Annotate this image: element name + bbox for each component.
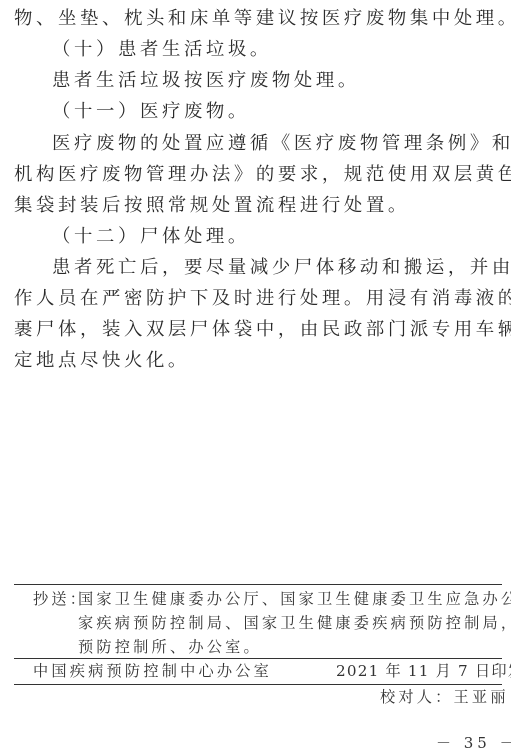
body-text-line: 裹尸体，装入双层尸体袋中，由民政部门派专用车辆直接送至指 [14,319,500,341]
body-text-line: 作人员在严密防护下及时进行处理。用浸有消毒液的双层布单包 [14,288,500,310]
body-text-line: 患者生活垃圾按医疗废物处理。 [52,70,511,92]
footer-middle-rule [14,658,502,659]
proofreader: 校对人：王亚丽 [380,688,509,706]
body-text-line: 患者死亡后，要尽量减少尸体移动和搬运，并由经培训的工 [52,257,511,279]
cc-recipients-line: 国家卫生健康委办公厅、国家卫生健康委卫生应急办公室、国 [78,590,511,608]
section-heading-medical-waste: （十一）医疗废物。 [52,101,511,123]
body-text-line: 机构医疗废物管理办法》的要求，规范使用双层黄色医疗废物收 [14,164,500,186]
section-heading-patient-waste: （十）患者生活垃圾。 [52,39,511,61]
body-text-line: 医疗废物的处置应遵循《医疗废物管理条例》和《医疗卫生 [52,133,511,155]
cc-recipients-line: 预防控制所、办公室。 [78,638,262,656]
body-text-line: 物、坐垫、枕头和床单等建议按医疗废物集中处理。 [14,8,500,30]
footer-bottom-rule [14,684,502,685]
body-text-line: 定地点尽快火化。 [14,350,500,372]
issuing-office: 中国疾病预防控制中心办公室 [33,662,272,680]
body-text-line: 集袋封装后按照常规处置流程进行处置。 [14,195,500,217]
footer-top-rule [14,584,502,585]
page-number: － 35 － [436,732,511,753]
cc-recipients-line: 家疾病预防控制局、国家卫生健康委疾病预防控制局，病毒病 [78,614,511,632]
issue-date: 2021 年 11 月 7 日印发 [336,662,511,680]
section-heading-body-handling: （十二）尸体处理。 [52,226,511,248]
